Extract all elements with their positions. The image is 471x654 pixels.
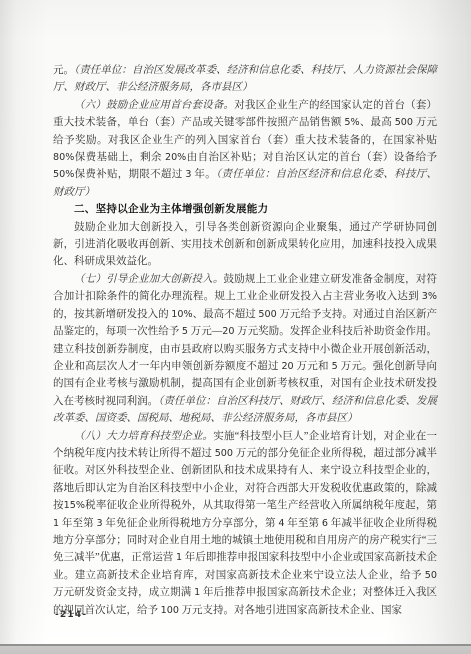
numeral: 15%: [64, 500, 85, 511]
text-segment-kai: （责任单位：自治区发展改革委、经济和信息化委、科技厅、人力资源社会保障厅、财政厅…: [53, 65, 437, 93]
numeral: 3%: [422, 291, 437, 302]
numeral: 5%: [344, 117, 359, 128]
paragraph: 鼓励企业加大创新投入，引导各类创新资源向企业聚集，通过产学研协同创新，引进消化吸…: [53, 219, 437, 271]
numeral: 1: [194, 587, 200, 598]
text-segment-kai: （八）大力培育科技型企业。: [74, 431, 213, 442]
page-bottom-edge: [0, 644, 471, 654]
numeral: 3: [185, 169, 191, 180]
page-number: -214-: [55, 610, 87, 620]
numeral: 50%: [53, 169, 74, 180]
paragraph: （七）引导企业加大创新投入。鼓励规上工业企业建立研发准备金制度，对符合加计扣除条…: [53, 271, 437, 428]
numeral: 3: [97, 518, 103, 529]
numeral: 6: [322, 518, 328, 529]
numeral: 1: [176, 552, 182, 563]
numeral: 500: [258, 309, 276, 320]
text-segment-kai: （七）引导企业加大创新投入。: [74, 274, 224, 285]
scanned-document-page: 元。（责任单位：自治区发展改革委、经济和信息化委、科技厅、人力资源社会保障厅、财…: [0, 0, 471, 654]
document-body: 元。（责任单位：自治区发展改革委、经济和信息化委、科技厅、人力资源社会保障厅、财…: [53, 62, 437, 619]
text-segment-song: 鼓励企业加大创新投入，引导各类创新资源向企业聚集，通过产学研协同创新，引进消化吸…: [53, 222, 437, 268]
text-segment-hei: 二、坚持以企业为主体增强创新发展能力: [74, 203, 268, 215]
text-segment-song: 鼓励规上工业企业建立研发准备金制度，对符合加计扣除条件的简化办理流程。规上工业企…: [53, 274, 437, 407]
numeral: 500: [395, 117, 413, 128]
numeral: 10%: [171, 309, 192, 320]
paragraph: （八）大力培育科技型企业。实施“科技型小巨人”企业培育计划，对企业在一个纳税年度…: [53, 428, 437, 619]
numeral: 50: [425, 570, 437, 581]
numeral: 80%: [53, 152, 74, 163]
numeral: 4: [278, 518, 284, 529]
numeral: 5: [332, 361, 338, 372]
numeral: 5: [182, 326, 188, 337]
numeral: 20: [281, 361, 293, 372]
paragraph: （六）鼓励企业应用首台套设备。对我区企业生产的经国家认定的首台（套）重大技术装备…: [53, 97, 437, 201]
numeral: 1: [53, 518, 59, 529]
text-segment-kai: （六）鼓励企业应用首台套设备。: [74, 100, 234, 111]
section-heading: 二、坚持以企业为主体增强创新发展能力: [53, 201, 437, 218]
paragraph: 元。（责任单位：自治区发展改革委、经济和信息化委、科技厅、人力资源社会保障厅、财…: [53, 62, 437, 97]
text-segment-song: 实施“科技型小巨人”企业培育计划，对企业在一个纳税年度内技术转让所得不超过 50…: [53, 431, 437, 616]
numeral: 100: [161, 605, 179, 616]
numeral: 20: [222, 326, 234, 337]
text-segment-song: 元。: [53, 65, 74, 76]
numeral: 500: [215, 448, 233, 459]
numeral: 20%: [165, 152, 186, 163]
